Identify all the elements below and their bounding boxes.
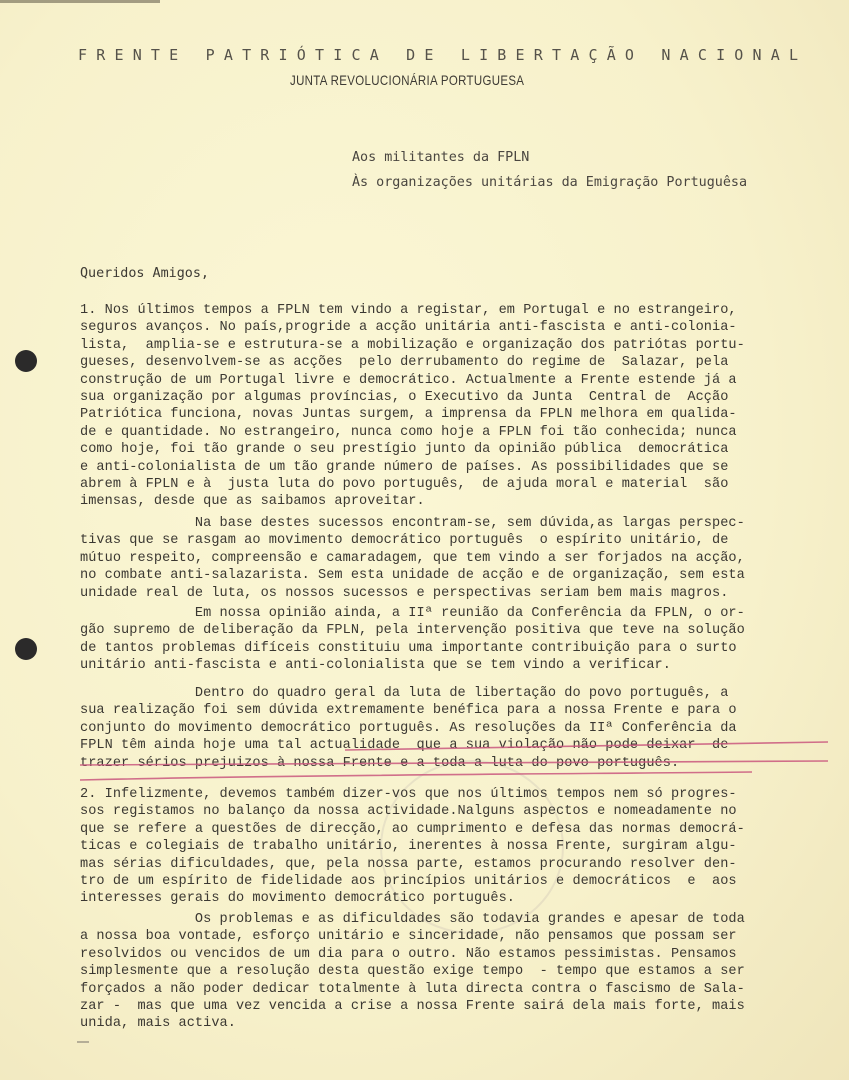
- text-line: sua organização por algumas províncias, …: [80, 389, 830, 406]
- text-line: tivas que se rasgam ao movimento democrá…: [80, 532, 830, 549]
- organization-subtitle: JUNTA REVOLUCIONÁRIA PORTUGUESA: [290, 72, 524, 88]
- text-line: abrem à FPLN e à justa luta do povo port…: [80, 476, 830, 493]
- text-line: gão supremo de deliberação da FPLN, pela…: [80, 622, 830, 639]
- text-line: Os problemas e as dificuldades são todav…: [80, 911, 830, 928]
- organization-title: FRENTE PATRIÓTICA DE LIBERTAÇÃO NACIONAL: [78, 46, 808, 64]
- text-line: forçados a não poder dedicar totalmente …: [80, 981, 830, 998]
- paragraph-5: 2. Infelizmente, devemos também dizer-vo…: [80, 786, 830, 908]
- text-line: como hoje, foi tão grande o seu prestígi…: [80, 441, 830, 458]
- text-line: gueses, desenvolvem-se as acções pelo de…: [80, 354, 830, 371]
- text-line: no combate anti-salazarista. Sem esta un…: [80, 567, 830, 584]
- text-line: Dentro do quadro geral da luta de libert…: [80, 685, 830, 702]
- greeting: Queridos Amigos,: [80, 266, 209, 281]
- text-line: construção de um Portugal livre e democr…: [80, 372, 830, 389]
- text-line: simplesmente que a resolução desta quest…: [80, 963, 830, 980]
- paragraph-4: Dentro do quadro geral da luta de libert…: [80, 685, 830, 772]
- paper-mark: [77, 1041, 89, 1043]
- paragraph-3: Em nossa opinião ainda, a IIª reunião da…: [80, 605, 830, 675]
- text-line: 2. Infelizmente, devemos também dizer-vo…: [80, 786, 830, 803]
- text-line: ticas e colegiais de trabalho unitário, …: [80, 838, 830, 855]
- text-line: unidade real de luta, os nossos sucessos…: [80, 585, 830, 602]
- text-line: unida, mais activa.: [80, 1015, 830, 1032]
- paper-edge: [0, 0, 160, 3]
- text-line: conjunto do movimento democrático portug…: [80, 720, 830, 737]
- text-line: mútuo respeito, compreensão e camaradage…: [80, 550, 830, 567]
- text-line: resolvidos ou vencidos de um dia para o …: [80, 946, 830, 963]
- text-line: lista, amplia-se e estrutura-se a mobili…: [80, 337, 830, 354]
- text-line: sua realização foi sem dúvida extremamen…: [80, 702, 830, 719]
- punch-hole-bottom: [15, 638, 37, 660]
- paragraph-6: Os problemas e as dificuldades são todav…: [80, 911, 830, 1033]
- paragraph-1: 1. Nos últimos tempos a FPLN tem vindo a…: [80, 302, 830, 511]
- text-line: a nossa boa vontade, esforço unitário e …: [80, 928, 830, 945]
- paragraph-2: Na base destes sucessos encontram-se, se…: [80, 515, 830, 602]
- text-line: trazer sérios prejuizos à nossa Frente e…: [80, 755, 830, 772]
- text-line: mas sérias dificuldades, que, pela nossa…: [80, 856, 830, 873]
- text-line: sos registamos no balanço da nossa activ…: [80, 803, 830, 820]
- text-line: tro de um espírito de fidelidade aos pri…: [80, 873, 830, 890]
- text-line: de tantos problemas difíceis constituiu …: [80, 640, 830, 657]
- text-line: interesses gerais do movimento democráti…: [80, 890, 830, 907]
- text-line: seguros avanços. No país,progride a acçã…: [80, 319, 830, 336]
- document-page: FRENTE PATRIÓTICA DE LIBERTAÇÃO NACIONAL…: [0, 0, 849, 1080]
- text-line: FPLN têm ainda hoje uma tal actualidade …: [80, 737, 830, 754]
- text-line: imensas, desde que as saibamos aproveita…: [80, 493, 830, 510]
- text-line: zar - mas que uma vez vencida a crise a …: [80, 998, 830, 1015]
- text-line: Patriótica funciona, novas Juntas surgem…: [80, 406, 830, 423]
- text-line: de e quantidade. No estrangeiro, nunca c…: [80, 424, 830, 441]
- punch-hole-top: [15, 350, 37, 372]
- text-line: unitário anti-fascista e anti-colonialis…: [80, 657, 830, 674]
- addressee-line-2: Às organizações unitárias da Emigração P…: [352, 175, 747, 190]
- addressee-line-1: Aos militantes da FPLN: [352, 150, 529, 165]
- text-line: Em nossa opinião ainda, a IIª reunião da…: [80, 605, 830, 622]
- text-line: que se refere a questões de direcção, ao…: [80, 821, 830, 838]
- text-line: Na base destes sucessos encontram-se, se…: [80, 515, 830, 532]
- text-line: e anti-colonialista de um tão grande núm…: [80, 459, 830, 476]
- text-line: 1. Nos últimos tempos a FPLN tem vindo a…: [80, 302, 830, 319]
